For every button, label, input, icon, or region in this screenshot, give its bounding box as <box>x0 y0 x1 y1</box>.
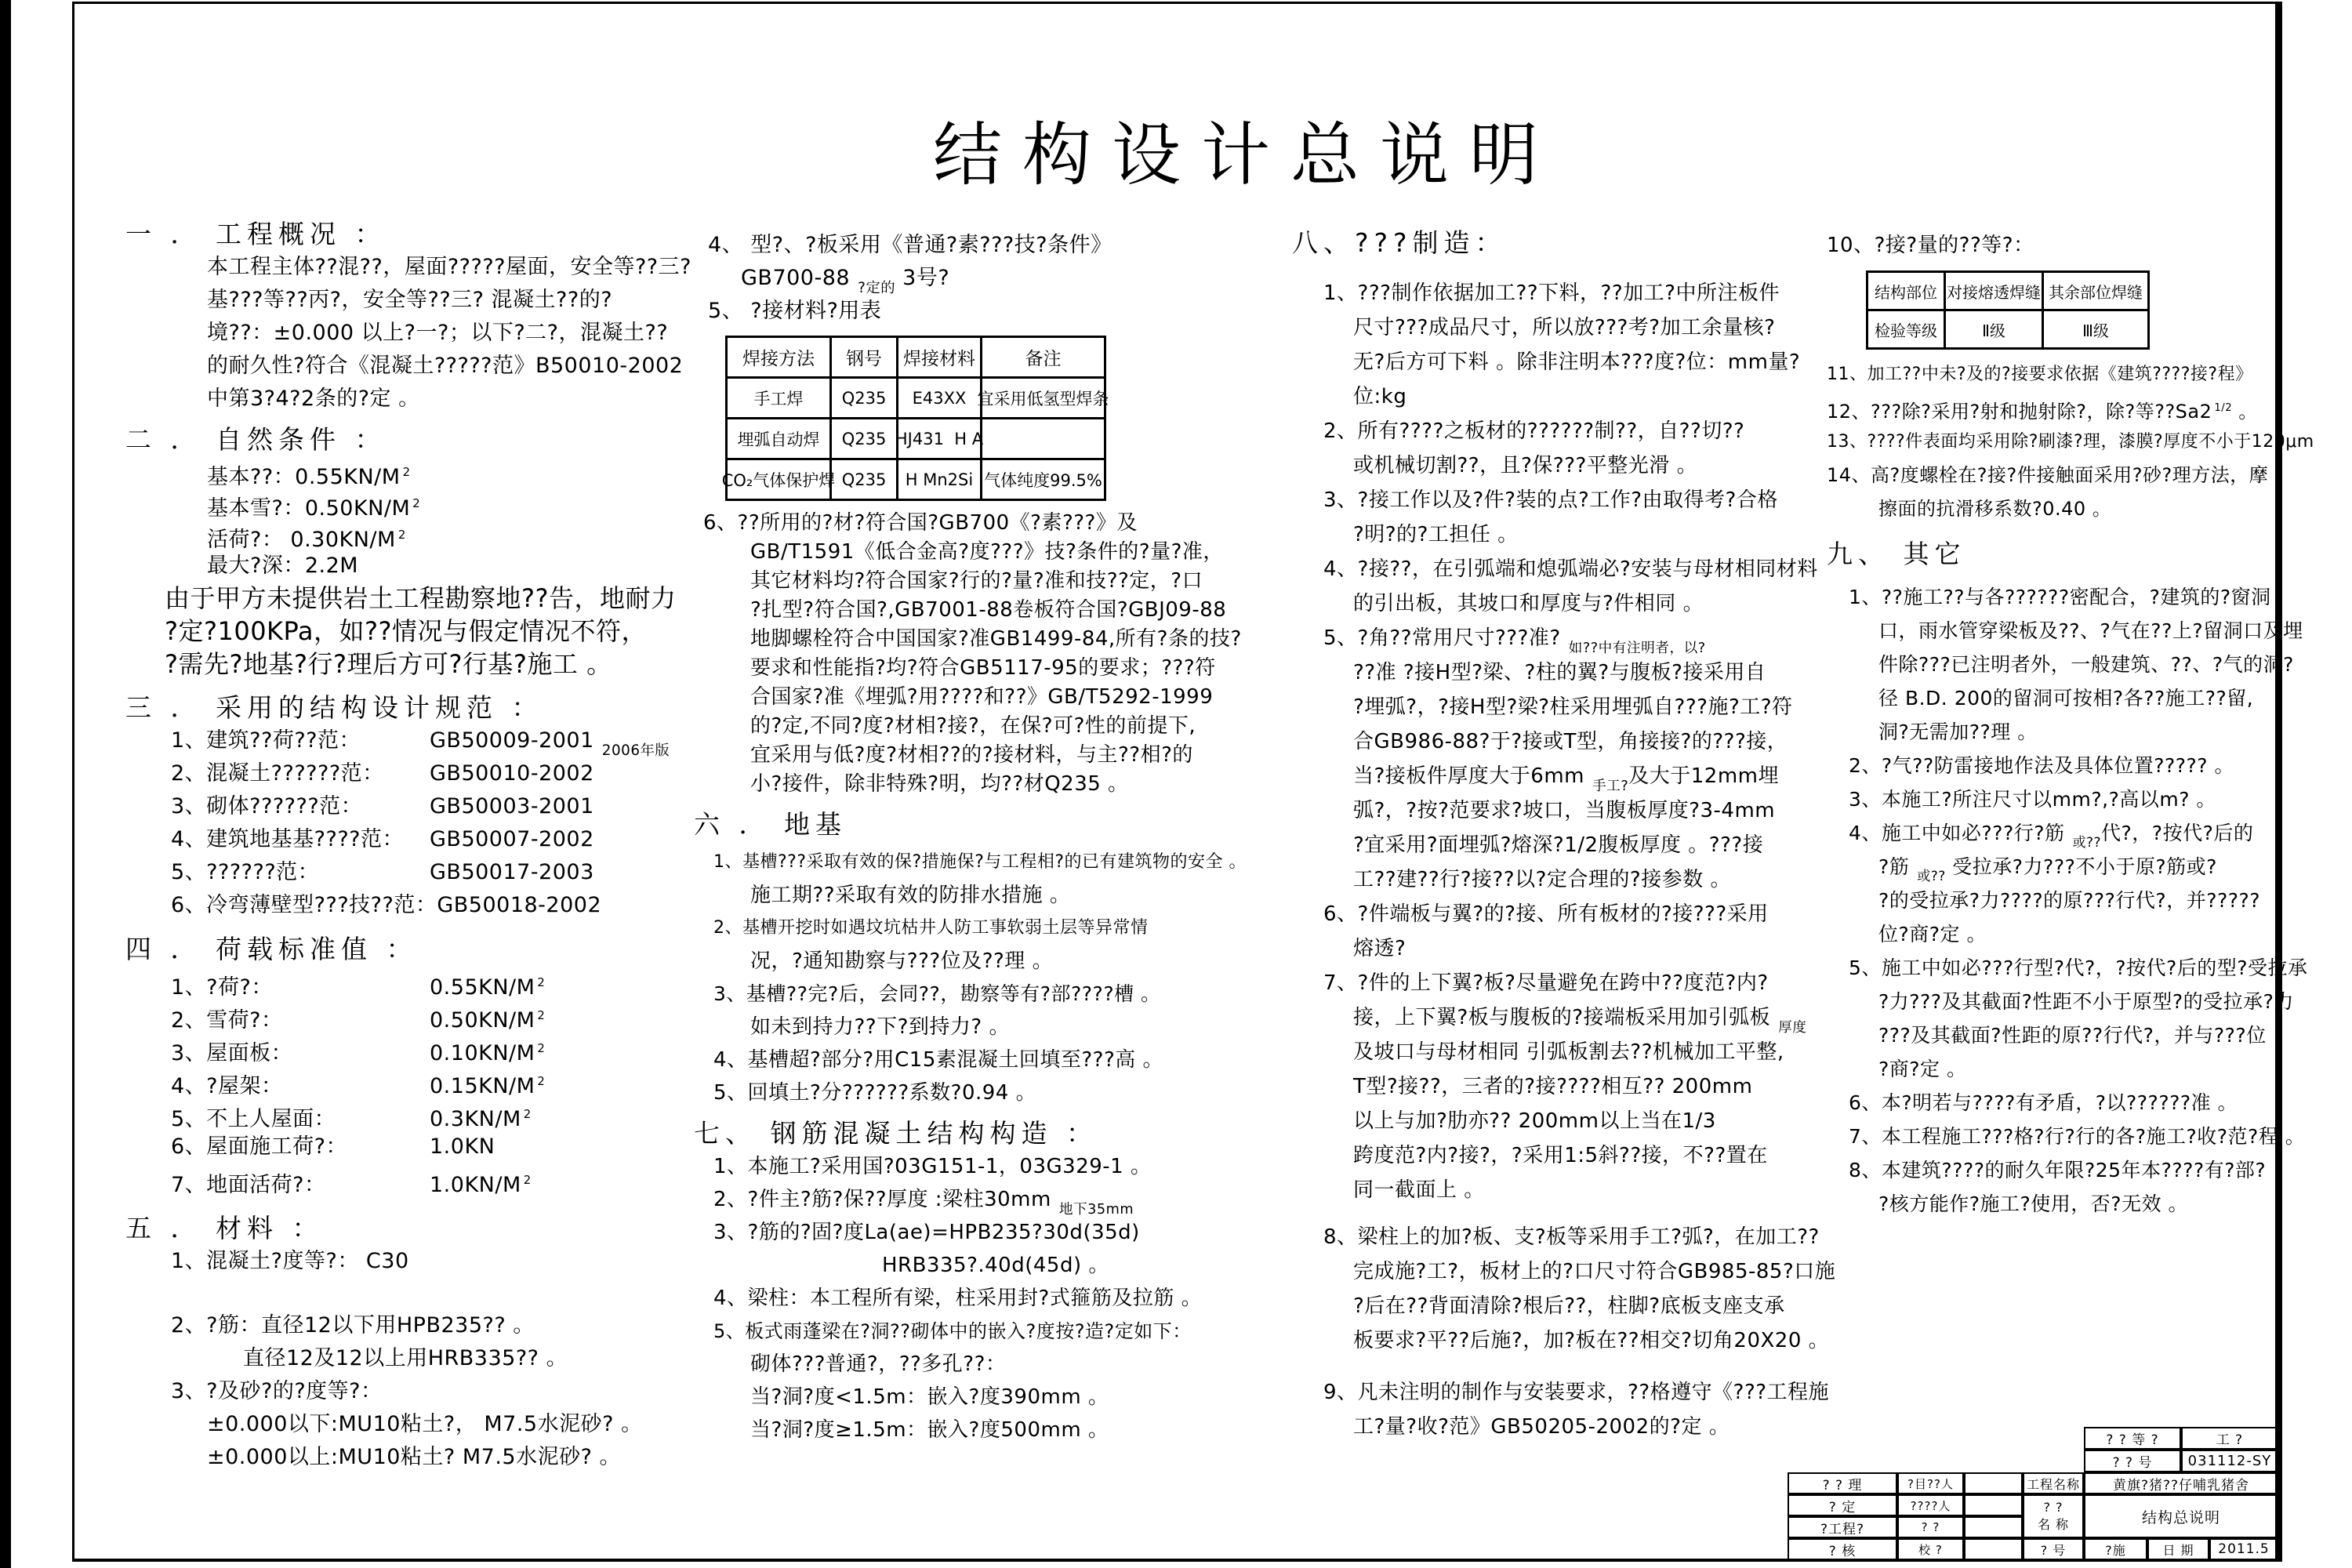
text: 5、施工中如必???行型?代?，?按代?后的型?受拉承 <box>1849 956 2308 979</box>
table-cell: 钢号 <box>832 338 898 379</box>
text-line: 施工期??采取有效的防排水措施 。 <box>694 879 1211 912</box>
title-block-cell: 031112-SY <box>2181 1450 2278 1472</box>
ann: 或?? <box>2072 835 2101 851</box>
text-line: 1、???制作依据加工??下料，??加工?中所注板件 <box>1292 276 1809 310</box>
text-line: ?力???及其截面?性距不小于原型?的受拉承?力 <box>1827 985 2313 1018</box>
val: 0.10KN/M <box>430 1041 535 1065</box>
table-cell: 其余部位焊缝 <box>2044 273 2150 311</box>
table-cell: Q235 <box>832 379 898 419</box>
text: T型?接??，三者的?接????相互?? 200mm <box>1353 1075 1752 1098</box>
text: 口，雨水管穿梁板及??、?气在??上?留洞口及埋 <box>1878 619 2303 642</box>
title-block-cell: 黄旗?猪??仔哺乳猪舍 <box>2084 1472 2278 1494</box>
table-row: 结构部位对接熔透焊缝其余部位焊缝 <box>1868 273 2150 311</box>
text: 熔透? <box>1353 937 1406 960</box>
superscript: 2 <box>537 1008 545 1022</box>
text: 尺寸???成品尺寸，所以放???考?加工余量核? <box>1353 316 1775 339</box>
text: 本工程主体??混??，屋面?????屋面，安全等??三? <box>207 255 691 279</box>
sheet-title: 结构设计总说明 <box>933 100 1559 199</box>
table-cell: 焊接材料 <box>898 338 982 379</box>
text-line: 跨度范?内?接?，?采用1:5斜??接，不??置在 <box>1292 1138 1809 1173</box>
text-line: 7、?件的上下翼?板?尽量避免在跨中??度范?内? <box>1292 966 1809 1000</box>
text: ?定?100KPa，如??情况与假定情况不符， <box>165 616 647 646</box>
text-line: 件除???已注明者外，一般建筑、??、?气的洞? <box>1827 648 2313 681</box>
text: 6、本?明若与????有矛盾，?以??????准 。 <box>1849 1091 2238 1114</box>
text: 5、 ?接材料?用表 <box>708 299 881 323</box>
text: 无?后方可下料 。除非注明本???度?位：mm量? <box>1353 350 1800 374</box>
text: 径 B.D. 200的留洞可按相?各??施工??留, <box>1878 687 2253 710</box>
title-block-cell <box>1964 1472 2023 1494</box>
text-line: 6、屋面施工荷?：1.0KN <box>125 1131 666 1163</box>
text-line: 3、砌体??????范：GB50003-2001 <box>125 790 666 823</box>
text: 9、凡未注明的制作与安装要求，??格遵守《???工程施 <box>1323 1381 1829 1404</box>
text: 同一截面上 。 <box>1353 1178 1485 1202</box>
superscript: 2 <box>537 975 545 989</box>
text-line: 7、本工程施工???格?行?行的各?施工?收?范?程 。 <box>1827 1120 2313 1153</box>
section-heading: 八、???制造： <box>1292 226 1809 260</box>
text-line: 11、加工??中未?及的?接要求依据《建筑????接?程》 <box>1827 358 2313 391</box>
text-line: 基???等??丙?，安全等??三? 混凝土??的? <box>125 284 666 317</box>
text-line: 当?洞?度≥1.5m：嵌入?度500mm 。 <box>694 1414 1211 1446</box>
title-block-cell: 校 ? <box>1897 1538 1964 1560</box>
ann: 如??中有注明者，以? <box>1569 641 1706 656</box>
text-line: ±0.000以下:MU10粘土?， M7.5水泥砂? 。 <box>125 1408 666 1441</box>
ann: 手工? <box>1592 779 1628 794</box>
lbl: 6、冷弯薄壁型???技??范： <box>171 889 437 922</box>
text: 由于甲方未提供岩土工程勘察地??告，地耐力 <box>165 583 676 613</box>
text-line: ???及其截面?性距的原??行代?，并与???位 <box>1827 1018 2313 1052</box>
table-cell: HJ431 H A <box>898 419 982 460</box>
text: ?扎型?符合国?,GB7001-88卷板符合国?GBJ09-88 <box>750 598 1226 622</box>
text-line: 中第3?4?2条的?定 。 <box>125 383 666 416</box>
text: 中第3?4?2条的?定 。 <box>207 387 420 411</box>
text: ?接H型?梁、?柱的翼?与腹板?接采用自 <box>1396 661 1766 684</box>
text: 6、?件端板与翼?的?接、所有板材的?接???采用 <box>1323 902 1769 926</box>
text: 基???等??丙?，安全等??三? 混凝土??的? <box>207 288 612 312</box>
superscript: 2 <box>537 1041 545 1055</box>
lbl: 6、屋面施工荷?： <box>171 1131 430 1163</box>
spacer <box>694 799 1211 808</box>
text: 4、 型?、?板采用《普通?素???技?条件》 <box>708 233 1112 257</box>
text: 2、?气??防雷接地作法及具体位置????? 。 <box>1849 754 2234 777</box>
text: 合GB986-88?于?接或T型，角接接?的???接， <box>1353 730 1788 753</box>
text-line: 13、????件表面均采用除?刷漆?理，漆膜?厚度不小于120μm <box>1827 425 2313 459</box>
text: 完成施?工?，板材上的?口尺寸符合GB985-85?口施 <box>1353 1260 1835 1283</box>
text-line: 7、地面活荷?：1.0KN/M2 <box>125 1163 666 1196</box>
text-line: 工??建??行?接??以?定合理的?接参数 。 <box>1292 862 1809 897</box>
text: 及坡口与母材相同 <box>1353 1040 1519 1064</box>
text: 的引出板，其坡口和厚度与?件相同 。 <box>1353 592 1704 615</box>
text-line: 宜采用与低?度?材相??的?接材料，与主??相?的 <box>694 741 1211 770</box>
text-line: 口，雨水管穿梁板及??、?气在??上?留洞口及埋 <box>1827 614 2313 648</box>
title-block-cell: 2011.5 <box>2209 1538 2278 1560</box>
lbl: 1、建筑??荷??范： <box>171 724 430 757</box>
title-block-cell <box>1964 1516 2023 1538</box>
val: 0.3KN/M <box>430 1107 521 1131</box>
text: 1、本施工?采用国?03G151-1，03G329-1 。 <box>713 1155 1151 1178</box>
title-block-cell: ? 号 <box>2023 1538 2084 1560</box>
text-line: 5、?角??常用尺寸???准?如??中有注明者，以? <box>1292 621 1809 655</box>
text: 二 ． 自然条件 ： <box>125 424 386 455</box>
text-line: GB/T1591《低合金高?度???》技?条件的?量?准， <box>694 538 1211 567</box>
spacer <box>125 681 666 691</box>
text: ???及其截面?性距的原??行代?，并与???位 <box>1878 1024 2267 1047</box>
text: 7、?件的上下翼?板?尽量避免在跨中??度范?内? <box>1323 971 1769 995</box>
lbl: 3、砌体??????范： <box>171 790 430 823</box>
text: 2、?筋：直径12以下用HPB235?? 。 <box>171 1313 535 1338</box>
frame-top-line <box>72 2 2281 4</box>
text: 六 ． 地基 <box>694 809 847 840</box>
text-line: 当?洞?度<1.5m：嵌入?度390mm 。 <box>694 1381 1211 1414</box>
text-line: 6、?件端板与翼?的?接、所有板材的?接???采用 <box>1292 897 1809 931</box>
text-line: 弧?，?按?范要求?坡口，当腹板厚度?3-4mm <box>1292 793 1809 828</box>
text-line: 3、?及砂?的?度等?： <box>125 1375 666 1408</box>
title-block-cell <box>1964 1494 2023 1516</box>
table-cell: Q235 <box>832 460 898 501</box>
text: 的耐久性?符合《混凝土?????范》B50010-2002 <box>207 354 683 378</box>
text: 洞?无需加??理 。 <box>1878 720 2038 743</box>
text-line: 3、?接工作以及?件?装的点?工作?由取得考?合格 <box>1292 483 1809 517</box>
weld-material-table: 焊接方法钢号焊接材料备注手工焊Q235E43XX宜采用低氢型焊条埋弧自动焊Q23… <box>725 336 1106 501</box>
text-line: 12、???除?采用?射和抛射除?，除?等??Sa21/2 。 <box>1827 391 2313 425</box>
text-line: 4、梁柱：本工程所有梁，柱采用封?式箍筋及拉筋 。 <box>694 1282 1211 1315</box>
table-cell: 焊接方法 <box>728 338 832 379</box>
table-cell <box>982 419 1106 460</box>
text: 5、板式雨蓬梁在?洞??砌体中的嵌入?度按?造?定如下： <box>713 1320 1192 1342</box>
text: ?宜采用?面埋弧?熔深?1/2腹板厚度 。???接 <box>1353 833 1763 857</box>
spacer <box>1292 1207 1809 1220</box>
text: 地脚螺栓符合中国国家?准GB1499-84,所有?条的技? <box>750 627 1242 651</box>
text-line: HRB335?.40d(45d) 。 <box>694 1249 1211 1282</box>
text-line: 同一截面上 。 <box>1292 1173 1809 1207</box>
text: 代?，?按代?后的 <box>2101 822 2253 844</box>
ann: 厚度 <box>1778 1020 1806 1036</box>
title-block-cell: ?工程? <box>1788 1516 1897 1538</box>
text: 其它材料均?符合国家?行的?量?准和技??定，?口 <box>750 569 1203 593</box>
table-cell: Ⅱ级 <box>1946 311 2044 350</box>
ann: 2006年版 <box>602 742 670 759</box>
text: ??准 <box>1353 661 1396 684</box>
val: GB50010-2002 <box>430 761 594 786</box>
text: 直径12及12以上用HRB335?? 。 <box>243 1346 568 1370</box>
text: 擦面的抗滑移系数?0.40 。 <box>1878 498 2111 520</box>
sheet-binding-bar <box>0 0 11 1568</box>
text: 引弧板割去??机械加工平整, <box>1519 1040 1784 1064</box>
text: 3、本施工?所注尺寸以mm?,?高以m? 。 <box>1849 788 2216 811</box>
text-line: 况，?通知勘察与???位及??理 。 <box>694 945 1211 978</box>
text-line: 14、高?度螺栓在?接?件接触面采用?砂?理方法，摩 <box>1827 459 2313 492</box>
text-line: 9、凡未注明的制作与安装要求，??格遵守《???工程施 <box>1292 1375 1809 1410</box>
text-line: 完成施?工?，板材上的?口尺寸符合GB985-85?口施 <box>1292 1254 1809 1289</box>
superscript: 2 <box>412 496 420 510</box>
table-cell: E43XX <box>898 379 982 419</box>
text-line: 5、??????范：GB50017-2003 <box>125 856 666 889</box>
text: 7、本工程施工???格?行?行的各?施工?收?范?程 。 <box>1849 1125 2305 1148</box>
ann: 或?? <box>1917 869 1946 884</box>
text-line: 无?后方可下料 。除非注明本???度?位：mm量? <box>1292 345 1809 379</box>
lbl: 2、混凝土??????范： <box>171 757 430 790</box>
text: 要求和性能指?均?符合GB5117-95的要求；???符 <box>750 656 1216 680</box>
ann: 地下35mm <box>1059 1202 1134 1218</box>
spacer <box>694 1109 1211 1117</box>
text: 8、梁柱上的加?板、支?板等采用手工?弧?，在加工?? <box>1323 1225 1820 1249</box>
text-line: ??准 ?接H型?梁、?柱的翼?与腹板?接采用自 <box>1292 655 1809 690</box>
text: 1、??施工??与各??????密配合，?建筑的?窗洞 <box>1849 586 2271 608</box>
text: 基本雪?：0.50KN/M <box>207 496 410 521</box>
title-block-cell: ? ? 等 ? <box>2084 1427 2181 1450</box>
text: 8、本建筑????的耐久年限?25年本????有?部? <box>1849 1159 2266 1181</box>
text-line: ?核方能作?施工?使用，否?无效 。 <box>1827 1187 2313 1221</box>
lbl: 5、??????范： <box>171 856 430 889</box>
title-block-cell: 工 ? <box>2181 1427 2278 1450</box>
spacer <box>1292 1358 1809 1375</box>
table-cell: 检验等级 <box>1868 311 1946 350</box>
spacer <box>125 922 666 933</box>
text: ?核方能作?施工?使用，否?无效 。 <box>1878 1192 2188 1215</box>
text: ±0.000以下:MU10粘土?， M7.5水泥砂? 。 <box>207 1412 643 1436</box>
table-cell: H Mn2Si <box>898 460 982 501</box>
text: 3号? <box>895 266 949 290</box>
text: 。 <box>2232 401 2258 423</box>
text-line: 板要求?平??后施?，加?板在??相交?切角20X20 。 <box>1292 1323 1809 1358</box>
table-row: 埋弧自动焊Q235HJ431 H A <box>728 419 1106 460</box>
text-line: 当?接板件厚度大于6mm手工?及大于12mm埋 <box>1292 759 1809 793</box>
text: 5、回填土?分??????系数?0.94 。 <box>713 1081 1036 1105</box>
text: 2、基槽开挖时如遇坟坑枯井人防工事软弱土层等异常情 <box>713 918 1149 938</box>
superscript: 1/2 <box>2214 402 2232 414</box>
text-line: 洞?无需加??理 。 <box>1827 715 2313 749</box>
table-row: 手工焊Q235E43XX宜采用低氢型焊条 <box>728 379 1106 419</box>
table-cell: 气体纯度99.5% <box>982 460 1106 501</box>
text-line: ?商?定 。 <box>1827 1052 2313 1086</box>
text: 及大于12mm埋 <box>1628 764 1779 788</box>
text-line: 2、?筋：直径12以下用HPB235?? 。 <box>125 1309 666 1342</box>
table-row: CO₂气体保护焊Q235H Mn2Si气体纯度99.5% <box>728 460 1106 501</box>
text: 或机械切割??，且?保???平整光滑 。 <box>1353 454 1697 477</box>
text: 4、施工中如必???行?筋 <box>1849 822 2064 844</box>
weld-quality-grade-table: 结构部位对接熔透焊缝其余部位焊缝检验等级Ⅱ级Ⅲ级 <box>1866 270 2150 350</box>
val: 1.0KN/M <box>430 1173 521 1197</box>
text-line: 2、混凝土??????范：GB50010-2002 <box>125 757 666 790</box>
col-4: 10、?接?量的??等?：结构部位对接熔透焊缝其余部位焊缝检验等级Ⅱ级Ⅲ级11、… <box>1827 229 2313 1221</box>
text-line: 其它材料均?符合国家?行的?量?准和技??定，?口 <box>694 567 1211 596</box>
section-heading: 二 ． 自然条件 ： <box>125 423 666 456</box>
table-cell: 结构部位 <box>1868 273 1946 311</box>
text-line: 6、??所用的?材?符合国?GB700《?素???》及 <box>694 509 1211 538</box>
text: GB/T1591《低合金高?度???》技?条件的?量?准， <box>750 540 1224 564</box>
text: 位:kg <box>1353 385 1406 408</box>
col-1: 一 ． 工程概况 ：本工程主体??混??，屋面?????屋面，安全等??三?基?… <box>125 218 666 1474</box>
val: GB50007-2002 <box>430 827 594 851</box>
text-line: 合国家?准《埋弧?用????和??》GB/T5292-1999 <box>694 683 1211 712</box>
text-line: ?筋或?? 受拉承?力???不小于原?筋或? <box>1827 850 2313 884</box>
text: 基本??：0.55KN/M <box>207 465 401 489</box>
table-cell: 宜采用低氢型焊条 <box>982 379 1106 419</box>
text-line: 5、不上人屋面：0.3KN/M2 <box>125 1098 666 1131</box>
spacer <box>125 416 666 423</box>
val: GB50018-2002 <box>437 893 601 917</box>
text-line: ?明?的?工担任 。 <box>1292 517 1809 552</box>
text: 14、高?度螺栓在?接?件接触面采用?砂?理方法，摩 <box>1827 464 2268 486</box>
text-line: 的引出板，其坡口和厚度与?件相同 。 <box>1292 586 1809 621</box>
text: 弧?，?按?范要求?坡口，当腹板厚度?3-4mm <box>1353 799 1775 822</box>
text: 八、???制造： <box>1292 227 1507 258</box>
text: 工?量?收?范》GB50205-2002的?定 。 <box>1353 1415 1730 1439</box>
text-line: 地脚螺栓符合中国国家?准GB1499-84,所有?条的技? <box>694 625 1211 654</box>
val: 0.55KN/M <box>430 975 535 1000</box>
superscript: 2 <box>403 465 411 479</box>
text-line: ?埋弧?，?接H型?梁?柱采用埋弧自???施?工?符 <box>1292 690 1809 724</box>
text-line: 境??：±0.000 以上?一?；以下?二?，混凝土?? <box>125 317 666 350</box>
val: GB50017-2003 <box>430 860 594 884</box>
text-line: 4、建筑地基基????范：GB50007-2002 <box>125 823 666 856</box>
spacer <box>1827 526 2313 537</box>
text: 七、 钢筋混凝土结构构造 ： <box>694 1118 1098 1149</box>
title-block-cell: ? ? <box>1897 1516 1964 1538</box>
title-block-cell: ????人 <box>1897 1494 1964 1516</box>
text-line: 3、基槽??完?后，会同??，勘察等有?部????槽 。 <box>694 978 1211 1011</box>
title-block-cell: ? ? 名 称 <box>2023 1494 2084 1538</box>
text: 11、加工??中未?及的?接要求依据《建筑????接?程》 <box>1827 365 2253 384</box>
section-heading: 一 ． 工程概况 ： <box>125 218 666 251</box>
text: 板要求?平??后施?，加?板在??相交?切角20X20 。 <box>1353 1329 1829 1352</box>
col-2: 4、 型?、?板采用《普通?素???技?条件》GB700-88?定的 3号?5、… <box>694 229 1211 1446</box>
text: ?力???及其截面?性距不小于原型?的受拉承?力 <box>1878 990 2294 1013</box>
text-line: 3、屋面板：0.10KN/M2 <box>125 1032 666 1065</box>
text-line: ?后在??背面清除?根后??，柱脚?底板支座支承 <box>1292 1289 1809 1323</box>
text-line: 最大?深：2.2M <box>125 550 666 582</box>
text: 5、?角??常用尺寸???准? <box>1323 626 1561 650</box>
text: 当?洞?度≥1.5m：嵌入?度500mm 。 <box>750 1418 1109 1442</box>
text-line: 4、 型?、?板采用《普通?素???技?条件》 <box>694 229 1211 262</box>
text: 小?接件，除非特殊?明，均??材Q235 。 <box>750 772 1129 796</box>
text: 4、梁柱：本工程所有梁，柱采用封?式箍筋及拉筋 。 <box>713 1287 1202 1310</box>
superscript: 2 <box>537 1074 545 1088</box>
text: 1、???制作依据加工??下料，??加工?中所注板件 <box>1323 281 1780 305</box>
val: 0.50KN/M <box>430 1008 535 1033</box>
text-line: 接，上下翼?板与腹板的?接端板采用加引弧板厚度 <box>1292 1000 1809 1035</box>
text: 一 ． 工程概况 ： <box>125 219 386 249</box>
section-heading: 六 ． 地基 <box>694 808 1211 841</box>
text: 3、?及砂?的?度等?： <box>171 1379 383 1403</box>
text-line: ±0.000以上:MU10粘土? M7.5水泥砂? 。 <box>125 1441 666 1474</box>
text: ?筋 <box>1878 855 1909 878</box>
text-line: 8、本建筑????的耐久年限?25年本????有?部? <box>1827 1153 2313 1187</box>
text: 五 ． 材料 ： <box>125 1213 323 1243</box>
text: 4、?接??，在引弧端和熄弧端必?安装与母材相同材料 <box>1323 557 1818 581</box>
text-line: 2、?件主?筋?保??厚度 :梁柱30mm地下35mm <box>694 1183 1211 1216</box>
lbl: 4、建筑地基基????范： <box>171 823 430 856</box>
text-line: 如未到持力??下?到持力? 。 <box>694 1011 1211 1044</box>
text: 当?洞?度<1.5m：嵌入?度390mm 。 <box>750 1385 1109 1409</box>
title-block-cell: ? 定 <box>1788 1494 1897 1516</box>
text-line: 3、本施工?所注尺寸以mm?,?高以m? 。 <box>1827 782 2313 816</box>
table-cell: CO₂气体保护焊 <box>728 460 832 501</box>
superscript: 2 <box>524 1173 532 1187</box>
text-line: 位?商?定 。 <box>1827 917 2313 951</box>
text-line: 2、所有????之板材的??????制??，自??切?? <box>1292 414 1809 448</box>
text-line: 基本雪?：0.50KN/M2 <box>125 488 666 519</box>
text-line: 由于甲方未提供岩土工程勘察地??告，地耐力 <box>125 582 666 615</box>
title-block-cell: ? ? 理 <box>1788 1472 1897 1494</box>
text: 1、混凝土?度等?： C30 <box>171 1249 409 1273</box>
text: 2、?件主?筋?保??厚度 :梁柱30mm <box>713 1188 1051 1211</box>
text-line: 及坡口与母材相同 引弧板割去??机械加工平整, <box>1292 1035 1809 1069</box>
section-heading: 五 ． 材料 ： <box>125 1212 666 1245</box>
text: 活荷?： 0.30KN/M <box>207 528 396 552</box>
text: 宜采用与低?度?材相??的?接材料，与主??相?的 <box>750 743 1193 767</box>
text-line: 砌体???普通?，??多孔??： <box>694 1348 1211 1381</box>
text-line: 擦面的抗滑移系数?0.40 。 <box>1827 492 2313 526</box>
text: 工??建??行?接??以?定合理的?接参数 。 <box>1353 868 1731 891</box>
text-line: 尺寸???成品尺寸，所以放???考?加工余量核? <box>1292 310 1809 345</box>
text: 九、 其它 <box>1827 539 1966 569</box>
lbl: 7、地面活荷?： <box>171 1169 430 1202</box>
text-line: 或机械切割??，且?保???平整光滑 。 <box>1292 448 1809 483</box>
text-line: 熔透? <box>1292 931 1809 966</box>
frame-left-line <box>72 2 74 1562</box>
text-line: 工?量?收?范》GB50205-2002的?定 。 <box>1292 1410 1809 1444</box>
text: 2、所有????之板材的??????制??，自??切?? <box>1323 419 1744 443</box>
text: 况，?通知勘察与???位及??理 。 <box>750 949 1053 973</box>
text: 1、基槽???采取有效的保?措施保?与工程相?的已有建筑物的安全 。 <box>713 852 1247 872</box>
text: 3、?筋的?固?度La(ae)=HPB235?30d(35d) <box>713 1221 1140 1244</box>
text-line: 以上与加?肋亦?? 200mm以上当在1/3 <box>1292 1104 1809 1138</box>
text-line: ?定?100KPa，如??情况与假定情况不符， <box>125 615 666 648</box>
text-line: 5、回填土?分??????系数?0.94 。 <box>694 1076 1211 1109</box>
text-line: 6、冷弯薄壁型???技??范：GB50018-2002 <box>125 889 666 922</box>
text-line: 2、雪荷?：0.50KN/M2 <box>125 999 666 1032</box>
text-line: 小?接件，除非特殊?明，均??材Q235 。 <box>694 770 1211 799</box>
text-line: 本工程主体??混??，屋面?????屋面，安全等??三? <box>125 251 666 284</box>
text-line: 10、?接?量的??等?： <box>1827 229 2313 263</box>
text: 跨度范?内?接?，?采用1:5斜??接，不??置在 <box>1353 1144 1768 1167</box>
table-row: 焊接方法钢号焊接材料备注 <box>728 338 1106 379</box>
table-cell: Ⅲ级 <box>2044 311 2150 350</box>
text: ?的受拉承?力????的原???行代?，并????? <box>1878 889 2260 912</box>
val: GB50003-2001 <box>430 794 594 818</box>
text-line: 合GB986-88?于?接或T型，角接接?的???接， <box>1292 724 1809 759</box>
text-line: ?宜采用?面埋弧?熔深?1/2腹板厚度 。???接 <box>1292 828 1809 862</box>
section-heading: 九、 其它 <box>1827 537 2313 571</box>
text-line: ?扎型?符合国?,GB7001-88卷板符合国?GBJ09-88 <box>694 596 1211 625</box>
section-heading: 七、 钢筋混凝土结构构造 ： <box>694 1117 1211 1150</box>
text-line: 1、本施工?采用国?03G151-1，03G329-1 。 <box>694 1150 1211 1183</box>
text-line: 要求和性能指?均?符合GB5117-95的要求；???符 <box>694 654 1211 683</box>
text-line: 活荷?： 0.30KN/M2 <box>125 519 666 550</box>
text: ?埋弧?，?接H型?梁?柱采用埋弧自???施?工?符 <box>1353 695 1793 719</box>
text-line: 6、本?明若与????有矛盾，?以??????准 。 <box>1827 1086 2313 1120</box>
text-line: T型?接??，三者的?接????相互?? 200mm <box>1292 1069 1809 1104</box>
text-line: 径 B.D. 200的留洞可按相?各??施工??留, <box>1827 681 2313 715</box>
title-block-cell: ? ? 号 <box>2084 1450 2181 1472</box>
text-line: 4、?屋架：0.15KN/M2 <box>125 1065 666 1098</box>
text: 件除???已注明者外，一般建筑、??、?气的洞? <box>1878 653 2294 676</box>
val: GB50009-2001 <box>430 728 594 753</box>
text: 接，上下翼?板与腹板的?接端板采用加引弧板 <box>1353 1006 1770 1029</box>
text: GB700-88 <box>741 266 850 290</box>
text-line: 4、施工中如必???行?筋或??代?，?按代?后的 <box>1827 816 2313 850</box>
val: 1.0KN <box>430 1134 495 1159</box>
superscript: 2 <box>524 1107 532 1121</box>
col-3: 八、???制造：1、???制作依据加工??下料，??加工?中所注板件尺寸???成… <box>1292 226 1809 1444</box>
text: 4、基槽超?部分?用C15素混凝土回填至???高 。 <box>713 1048 1163 1072</box>
text: 如未到持力??下?到持力? 。 <box>750 1015 1010 1039</box>
text-line: GB700-88?定的 3号? <box>694 262 1211 295</box>
text: 3、基槽??完?后，会同??，勘察等有?部????槽 。 <box>713 982 1161 1005</box>
text: 当?接板件厚度大于6mm <box>1353 764 1584 788</box>
spacer <box>1292 260 1809 276</box>
text: 四 ． 荷载标准值 ： <box>125 934 417 964</box>
